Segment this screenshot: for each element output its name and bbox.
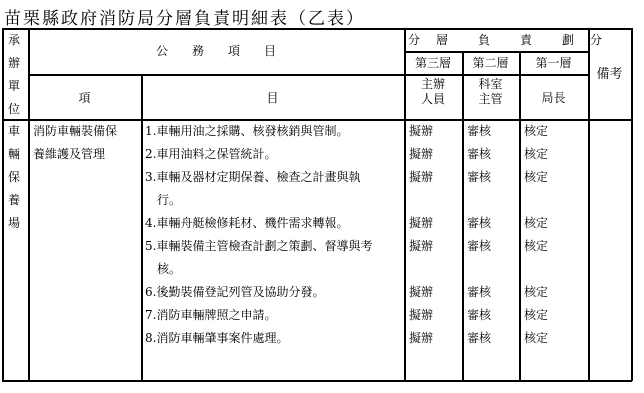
level-2-role: 科室 主管 xyxy=(462,77,519,107)
level-2-header: 第二層 xyxy=(462,56,519,71)
level-3-column: 擬辦 擬辦 擬辦 擬辦 擬辦 擬辦 擬辦 擬辦 xyxy=(409,120,433,350)
unit-char: 場 xyxy=(4,212,24,235)
unit-header-char: 承 xyxy=(4,29,24,52)
spacer xyxy=(524,258,548,281)
table-row: 7.消防車輛牌照之申請。 xyxy=(145,304,372,327)
table-border-right xyxy=(631,28,633,381)
unit-header: 承 辦 單 位 xyxy=(4,29,24,121)
item-line: 養維護及管理 xyxy=(33,143,117,166)
unit-header-char: 位 xyxy=(4,98,24,121)
table-row: 6.後勤裝備登記列管及協助分發。 xyxy=(145,281,372,304)
level-3-value: 擬辦 xyxy=(409,166,433,189)
level-2-value: 審核 xyxy=(467,235,491,258)
unit-char: 車 xyxy=(4,120,24,143)
table-row: 3.車輛及器材定期保養、檢查之計畫與執 xyxy=(145,166,372,189)
detail-header: 目 xyxy=(141,91,404,106)
level-1-header: 第一層 xyxy=(519,56,588,71)
spacer xyxy=(409,189,433,212)
level-2-value: 審核 xyxy=(467,166,491,189)
level-1-value: 核定 xyxy=(524,143,548,166)
spacer xyxy=(467,189,491,212)
level-2-column: 審核 審核 審核 審核 審核 審核 審核 審核 xyxy=(467,120,491,350)
level-2-value: 審核 xyxy=(467,304,491,327)
table-row: 2.車用油料之保管統計。 xyxy=(145,143,372,166)
unit-char: 保 xyxy=(4,166,24,189)
divider xyxy=(28,74,404,76)
table-row: 4.車輛舟艇檢修耗材、機件需求轉報。 xyxy=(145,212,372,235)
unit-cell: 車 輛 保 養 場 xyxy=(4,120,24,235)
level-1-value: 核定 xyxy=(524,120,548,143)
divider xyxy=(404,74,589,76)
level-1-column: 核定 核定 核定 核定 核定 核定 核定 核定 xyxy=(524,120,548,350)
divider xyxy=(28,28,30,381)
level-3-value: 擬辦 xyxy=(409,143,433,166)
unit-header-char: 單 xyxy=(4,75,24,98)
level-3-value: 擬辦 xyxy=(409,304,433,327)
level-1-value: 核定 xyxy=(524,235,548,258)
remarks-header: 備考 xyxy=(588,67,631,82)
level-2-value: 審核 xyxy=(467,212,491,235)
table-row: 1.車輛用油之採購、核發核銷與管制。 xyxy=(145,120,372,143)
level-1-value: 核定 xyxy=(524,281,548,304)
role-line: 主辦 xyxy=(404,77,462,92)
table-row-cont: 核。 xyxy=(145,258,372,281)
spacer xyxy=(467,258,491,281)
level-3-value: 擬辦 xyxy=(409,327,433,350)
level-3-value: 擬辦 xyxy=(409,235,433,258)
level-3-value: 擬辦 xyxy=(409,120,433,143)
role-line: 科室 xyxy=(462,77,519,92)
detail-cell: 1.車輛用油之採購、核發核銷與管制。 2.車用油料之保管統計。 3.車輛及器材定… xyxy=(145,120,372,350)
table-row-cont: 行。 xyxy=(145,189,372,212)
level-1-role: 局長 xyxy=(519,91,588,106)
level-1-value: 核定 xyxy=(524,166,548,189)
level-3-header: 第三層 xyxy=(404,56,462,71)
responsibility-header: 分 層 負 責 劃 分 xyxy=(408,33,588,48)
unit-char: 輛 xyxy=(4,143,24,166)
level-3-role: 主辦 人員 xyxy=(404,77,462,107)
table-border-top xyxy=(2,28,632,30)
level-3-value: 擬辦 xyxy=(409,212,433,235)
level-1-value: 核定 xyxy=(524,327,548,350)
level-2-value: 審核 xyxy=(467,143,491,166)
role-line: 人員 xyxy=(404,92,462,107)
level-2-value: 審核 xyxy=(467,120,491,143)
divider xyxy=(404,51,589,53)
public-affairs-header: 公 務 項 目 xyxy=(28,44,404,59)
level-1-value: 核定 xyxy=(524,304,548,327)
level-1-value: 核定 xyxy=(524,212,548,235)
page-title: 苗栗縣政府消防局分層負責明細表（乙表） xyxy=(4,4,365,29)
divider xyxy=(141,74,143,381)
role-line: 主管 xyxy=(462,92,519,107)
item-line: 消防車輛裝備保 xyxy=(33,120,117,143)
spacer xyxy=(409,258,433,281)
spacer xyxy=(524,189,548,212)
unit-header-char: 辦 xyxy=(4,52,24,75)
table-border-bottom xyxy=(2,380,632,382)
unit-char: 養 xyxy=(4,189,24,212)
table-row: 8.消防車輛肇事案件處理。 xyxy=(145,327,372,350)
level-2-value: 審核 xyxy=(467,281,491,304)
item-header: 項 xyxy=(28,91,141,106)
level-2-value: 審核 xyxy=(467,327,491,350)
level-3-value: 擬辦 xyxy=(409,281,433,304)
table-row: 5.車輛裝備主管檢查計劃之策劃、督導與考 xyxy=(145,235,372,258)
item-cell: 消防車輛裝備保 養維護及管理 xyxy=(33,120,117,166)
